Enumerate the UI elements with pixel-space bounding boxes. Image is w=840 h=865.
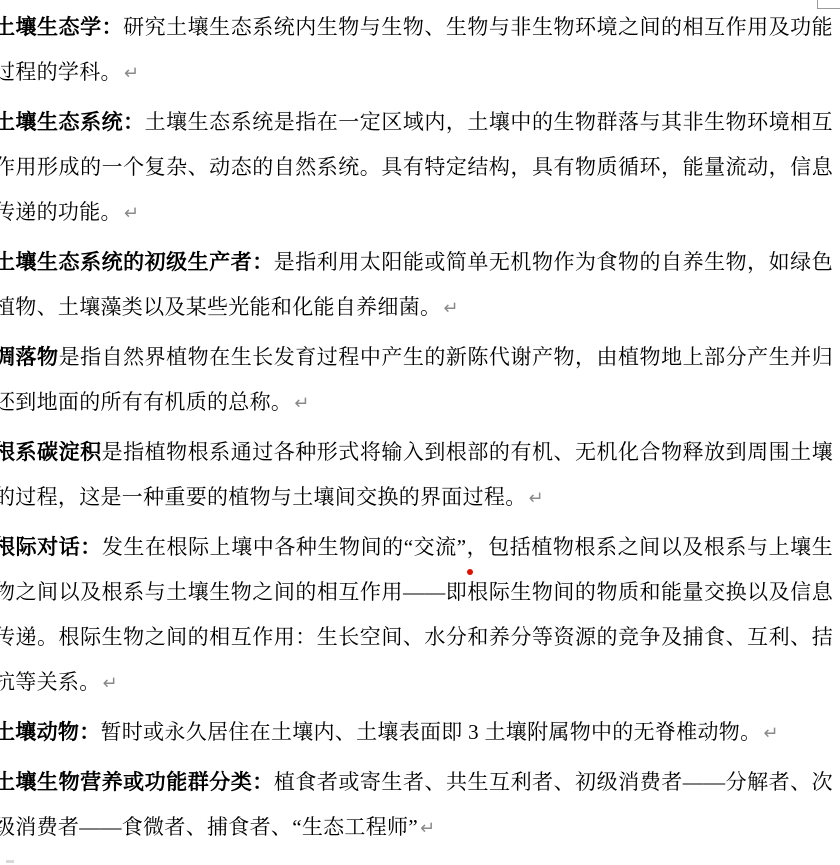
definition-text: 暂时或永久居住在土壤内、土壤表面即 3 土壤附属物中的无脊椎动物。 (101, 720, 762, 744)
term-label: 根系碳淀积 (0, 440, 102, 464)
paragraph-return-mark: ↵ (443, 298, 458, 319)
term-label: 土壤动物： (0, 720, 101, 744)
paragraph-return-mark: ↵ (763, 723, 778, 744)
paragraph-return-mark: ↵ (103, 673, 118, 694)
cutoff-next-line-fragment (6, 860, 14, 863)
paragraph: 根际对话：发生在根际上壤中各种生物间的“交流”，包括植物根系之间以及根系与上壤生… (0, 525, 833, 706)
definition-text: 是指植物根系通过各种形式将输入到根部的有机、无机化合物释放到周围土壤的过程，这是… (0, 440, 833, 509)
paragraph: 土壤生态学：研究土壤生态系统内生物与生物、生物与非生物环境之间的相互作用及功能过… (0, 5, 833, 96)
paragraph: 土壤动物：暂时或永久居住在土壤内、土壤表面即 3 土壤附属物中的无脊椎动物。↵ (0, 710, 833, 756)
paragraph-return-mark: ↵ (124, 203, 139, 224)
term-label: 凋落物 (0, 345, 59, 369)
term-label: 土壤生态学： (0, 15, 123, 39)
paragraph: 土壤生态系统的初级生产者：是指利用太阳能或简单无机物作为食物的自养生物，如绿色植… (0, 240, 833, 331)
paragraph: 土壤生物营养或功能群分类：植食者或寄生者、共生互利者、初级消费者——分解者、次级… (0, 760, 833, 851)
paragraph-return-mark: ↵ (529, 488, 544, 509)
paragraph-return-mark: ↵ (294, 393, 309, 414)
definition-text: 是指自然界植物在生长发育过程中产生的新陈代谢产物，由植物地上部分产生并归还到地面… (0, 345, 833, 414)
term-label: 土壤生态系统的初级生产者： (0, 250, 274, 274)
document-text-area[interactable]: 土壤生态学：研究土壤生态系统内生物与生物、生物与非生物环境之间的相互作用及功能过… (0, 0, 840, 851)
paragraph: 土壤生态系统：土壤生态系统是指在一定区域内，土壤中的生物群落与其非生物环境相互作… (0, 100, 833, 236)
term-label: 土壤生态系统： (0, 110, 145, 134)
term-label: 根际对话： (0, 535, 102, 559)
term-label: 土壤生物营养或功能群分类： (0, 770, 274, 794)
definition-text: 发生在根际上壤中各种生物间的“交流”，包括植物根系之间以及根系与上壤生物之间以及… (0, 535, 833, 694)
paragraph-return-mark: ↵ (420, 818, 435, 839)
paragraph: 根系碳淀积是指植物根系通过各种形式将输入到根部的有机、无机化合物释放到周围土壤的… (0, 430, 833, 521)
paragraph-return-mark: ↵ (124, 63, 139, 84)
paragraph: 凋落物是指自然界植物在生长发育过程中产生的新陈代谢产物，由植物地上部分产生并归还… (0, 335, 833, 426)
